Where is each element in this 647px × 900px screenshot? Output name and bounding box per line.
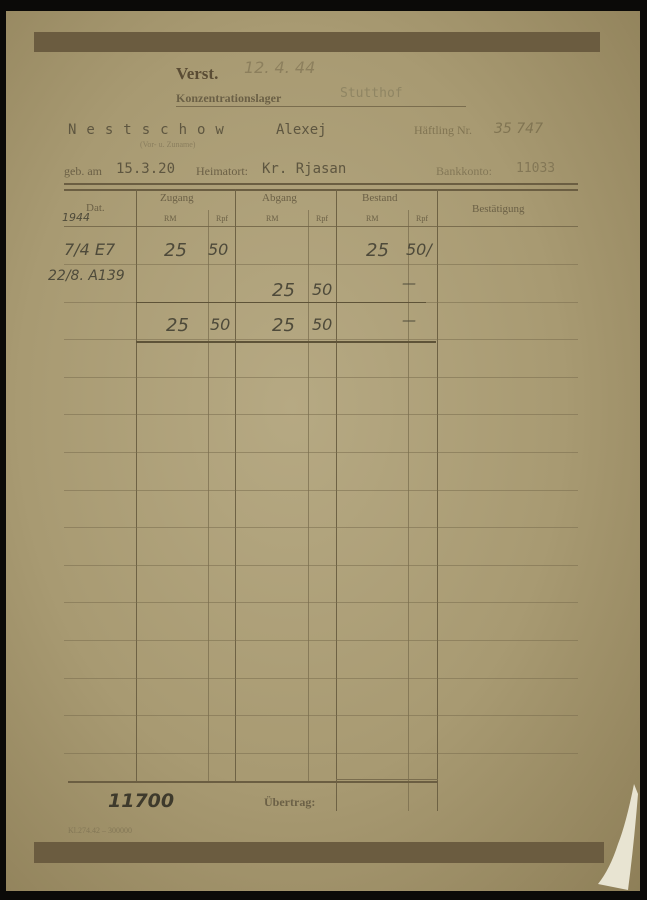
handwritten-date: 12. 4. 44 — [244, 58, 315, 77]
carry-box-top — [336, 779, 438, 780]
ledger-line — [64, 753, 578, 754]
born-date: 15.3.20 — [116, 161, 175, 177]
col-header-abgang: Abgang — [262, 192, 297, 204]
total-zugang-rm: 25 — [166, 315, 189, 336]
unit-rm: RM — [366, 214, 378, 223]
name-caption: (Vor- u. Zuname) — [140, 140, 195, 149]
unit-rpf: Rpf — [316, 214, 328, 223]
ledger-line — [64, 377, 578, 378]
ledger-line — [64, 264, 578, 265]
top-dark-band — [34, 32, 600, 52]
ledger-line — [64, 339, 578, 340]
account-label: Bankkonto: — [436, 164, 492, 179]
camp-label: Konzentrationslager — [176, 91, 281, 106]
entry-bestand-rpf: 50/ — [406, 240, 432, 259]
ledger-line — [64, 452, 578, 453]
account-card — [6, 11, 640, 891]
hometown-label: Heimatort: — [196, 164, 248, 179]
surname: Nestschow — [68, 122, 234, 138]
col-sub-zugang — [208, 210, 209, 781]
first-name: Alexej — [276, 122, 327, 138]
ledger-line — [64, 678, 578, 679]
entry-zugang-rm: 25 — [164, 240, 187, 261]
entry-bestand-rm: 25 — [366, 240, 389, 261]
entry-date: 7/4 E7 — [64, 240, 115, 259]
col-header-zugang: Zugang — [160, 192, 194, 204]
header-underline — [176, 106, 466, 107]
col-divider-abgang — [336, 189, 337, 811]
col-header-bestaetigung: Bestätigung — [472, 203, 525, 215]
col-year: 1944 — [62, 211, 90, 224]
unit-rm: RM — [266, 214, 278, 223]
ledger-line — [64, 640, 578, 641]
hometown: Kr. Rjasan — [262, 161, 346, 177]
col-divider-zugang — [235, 189, 236, 781]
col-header-bestand: Bestand — [362, 192, 397, 204]
col-sub-abgang — [308, 210, 309, 781]
ledger-line — [64, 414, 578, 415]
table-header-rule — [64, 226, 578, 227]
entry-abgang-rm: 25 — [272, 280, 295, 301]
ledger-line — [64, 602, 578, 603]
table-top-rule — [64, 189, 578, 191]
total-abgang-rpf: 50 — [312, 315, 332, 334]
table-bottom-rule — [68, 781, 438, 783]
ledger-line — [64, 565, 578, 566]
entry-zugang-rpf: 50 — [208, 240, 228, 259]
ledger-line — [64, 490, 578, 491]
col-sub-bestand — [408, 210, 409, 811]
col-divider-date — [136, 189, 137, 781]
total-bestand-dash: — — [402, 313, 416, 329]
ledger-line — [64, 715, 578, 716]
unit-rpf: Rpf — [216, 214, 228, 223]
paper-curl — [598, 784, 638, 890]
sum-rule — [136, 302, 426, 303]
unit-rm: RM — [164, 214, 176, 223]
bottom-dark-band — [34, 842, 604, 863]
carry-over-label: Übertrag: — [264, 795, 315, 810]
total-double-rule — [136, 341, 436, 343]
total-zugang-rpf: 50 — [210, 315, 230, 334]
prisoner-no: 35 747 — [494, 121, 543, 137]
account-value: 11033 — [516, 161, 555, 176]
camp-name: Stutthof — [340, 86, 403, 101]
header-rule — [64, 183, 578, 185]
total-abgang-rm: 25 — [272, 315, 295, 336]
unit-rpf: Rpf — [416, 214, 428, 223]
entry-date: 22/8. A139 — [48, 268, 125, 284]
entry-abgang-rpf: 50 — [312, 280, 332, 299]
col-divider-bestand — [437, 189, 438, 811]
entry-bestand-dash: — — [402, 276, 416, 292]
stamp-verst: Verst. — [176, 64, 218, 84]
handwritten-number: 11700 — [108, 790, 174, 812]
ledger-line — [64, 527, 578, 528]
born-label: geb. am — [64, 164, 102, 179]
form-code: Kl.274.42 – 300000 — [68, 826, 132, 835]
prisoner-no-label: Häftling Nr. — [414, 123, 472, 138]
